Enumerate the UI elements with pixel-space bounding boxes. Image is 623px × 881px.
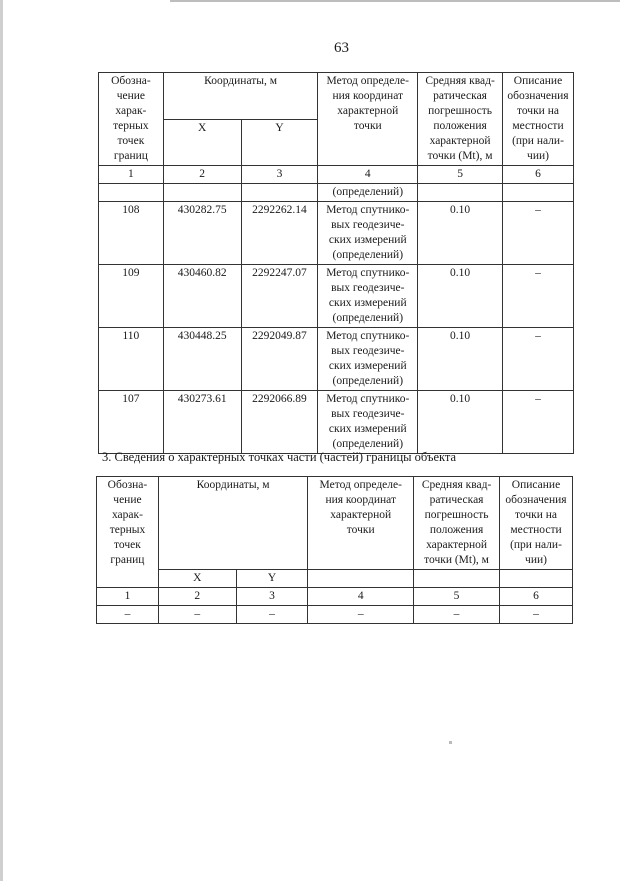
point-id: 107 [99, 391, 164, 454]
coord-x: – [158, 606, 236, 624]
mt-cell: 0.10 [418, 265, 503, 328]
method-cell: (определений) [318, 184, 418, 202]
header-coordinates: Координаты, м [163, 73, 318, 120]
col-num: 5 [418, 166, 503, 184]
coord-y: 2292247.07 [241, 265, 318, 328]
table-row: 109 430460.82 2292247.07 Метод спутнико-… [99, 265, 574, 328]
header-point-designation: Обозна- чение харак- терных точек границ [97, 477, 159, 588]
scan-speck [449, 741, 452, 744]
page-number: 63 [0, 40, 623, 57]
col-num: 2 [158, 588, 236, 606]
header-coordinates: Координаты, м [158, 477, 307, 570]
col-num: 2 [163, 166, 241, 184]
section-3-title: 3. Сведения о характерных точках части (… [102, 450, 456, 465]
col-num: 4 [308, 588, 414, 606]
method-cell: Метод спутнико- вых геодезиче- ских изме… [318, 265, 418, 328]
header-method: Метод определе- ния координат характерно… [318, 73, 418, 166]
description-cell: – [502, 202, 573, 265]
header-description: Описание обозначения точки на местности … [500, 477, 573, 570]
col-num: 1 [97, 588, 159, 606]
coord-y: 2292066.89 [241, 391, 318, 454]
header-y: Y [241, 119, 318, 166]
table-row: – – – – – – [97, 606, 573, 624]
boundary-points-table: Обозна- чение харак- терных точек границ… [98, 72, 574, 454]
method-cell: Метод спутнико- вых геодезиче- ских изме… [318, 328, 418, 391]
col-num: 4 [318, 166, 418, 184]
mt-cell: 0.10 [418, 391, 503, 454]
method-cell: Метод спутнико- вых геодезиче- ских изме… [318, 202, 418, 265]
point-id: 108 [99, 202, 164, 265]
mt-cell: 0.10 [418, 328, 503, 391]
mt-cell: 0.10 [418, 202, 503, 265]
col-num: 3 [236, 588, 308, 606]
header-mt: Средняя квад- ратическая погрешность пол… [418, 73, 503, 166]
coord-x: 430460.82 [163, 265, 241, 328]
header-method: Метод определе- ния координат характерно… [308, 477, 414, 570]
header-mt: Средняя квад- ратическая погрешность пол… [414, 477, 500, 570]
point-id: 109 [99, 265, 164, 328]
col-num: 1 [99, 166, 164, 184]
table-row: 107 430273.61 2292066.89 Метод спутнико-… [99, 391, 574, 454]
description-cell: – [502, 265, 573, 328]
col-num: 3 [241, 166, 318, 184]
method-cell: Метод спутнико- вых геодезиче- ских изме… [318, 391, 418, 454]
header-x: X [158, 570, 236, 588]
col-num: 5 [414, 588, 500, 606]
table-row: 110 430448.25 2292049.87 Метод спутнико-… [99, 328, 574, 391]
page-edge [170, 0, 620, 2]
page-edge [0, 0, 3, 881]
table-row: 108 430282.75 2292262.14 Метод спутнико-… [99, 202, 574, 265]
header-description: Описание обозначения точки на местности … [502, 73, 573, 166]
point-id: – [97, 606, 159, 624]
coord-y: 2292262.14 [241, 202, 318, 265]
description-cell: – [502, 328, 573, 391]
header-point-designation: Обозна- чение харак- терных точек границ [99, 73, 164, 166]
description-cell: – [502, 391, 573, 454]
coord-x: 430273.61 [163, 391, 241, 454]
col-num: 6 [502, 166, 573, 184]
coord-y: 2292049.87 [241, 328, 318, 391]
coord-x: 430282.75 [163, 202, 241, 265]
mt-cell: – [414, 606, 500, 624]
coord-x: 430448.25 [163, 328, 241, 391]
header-y: Y [236, 570, 308, 588]
method-cell: – [308, 606, 414, 624]
description-cell: – [500, 606, 573, 624]
part-boundary-points-table: Обозна- чение харак- терных точек границ… [96, 476, 573, 624]
col-num: 6 [500, 588, 573, 606]
header-x: X [163, 119, 241, 166]
table-row-continuation: (определений) [99, 184, 574, 202]
coord-y: – [236, 606, 308, 624]
point-id: 110 [99, 328, 164, 391]
